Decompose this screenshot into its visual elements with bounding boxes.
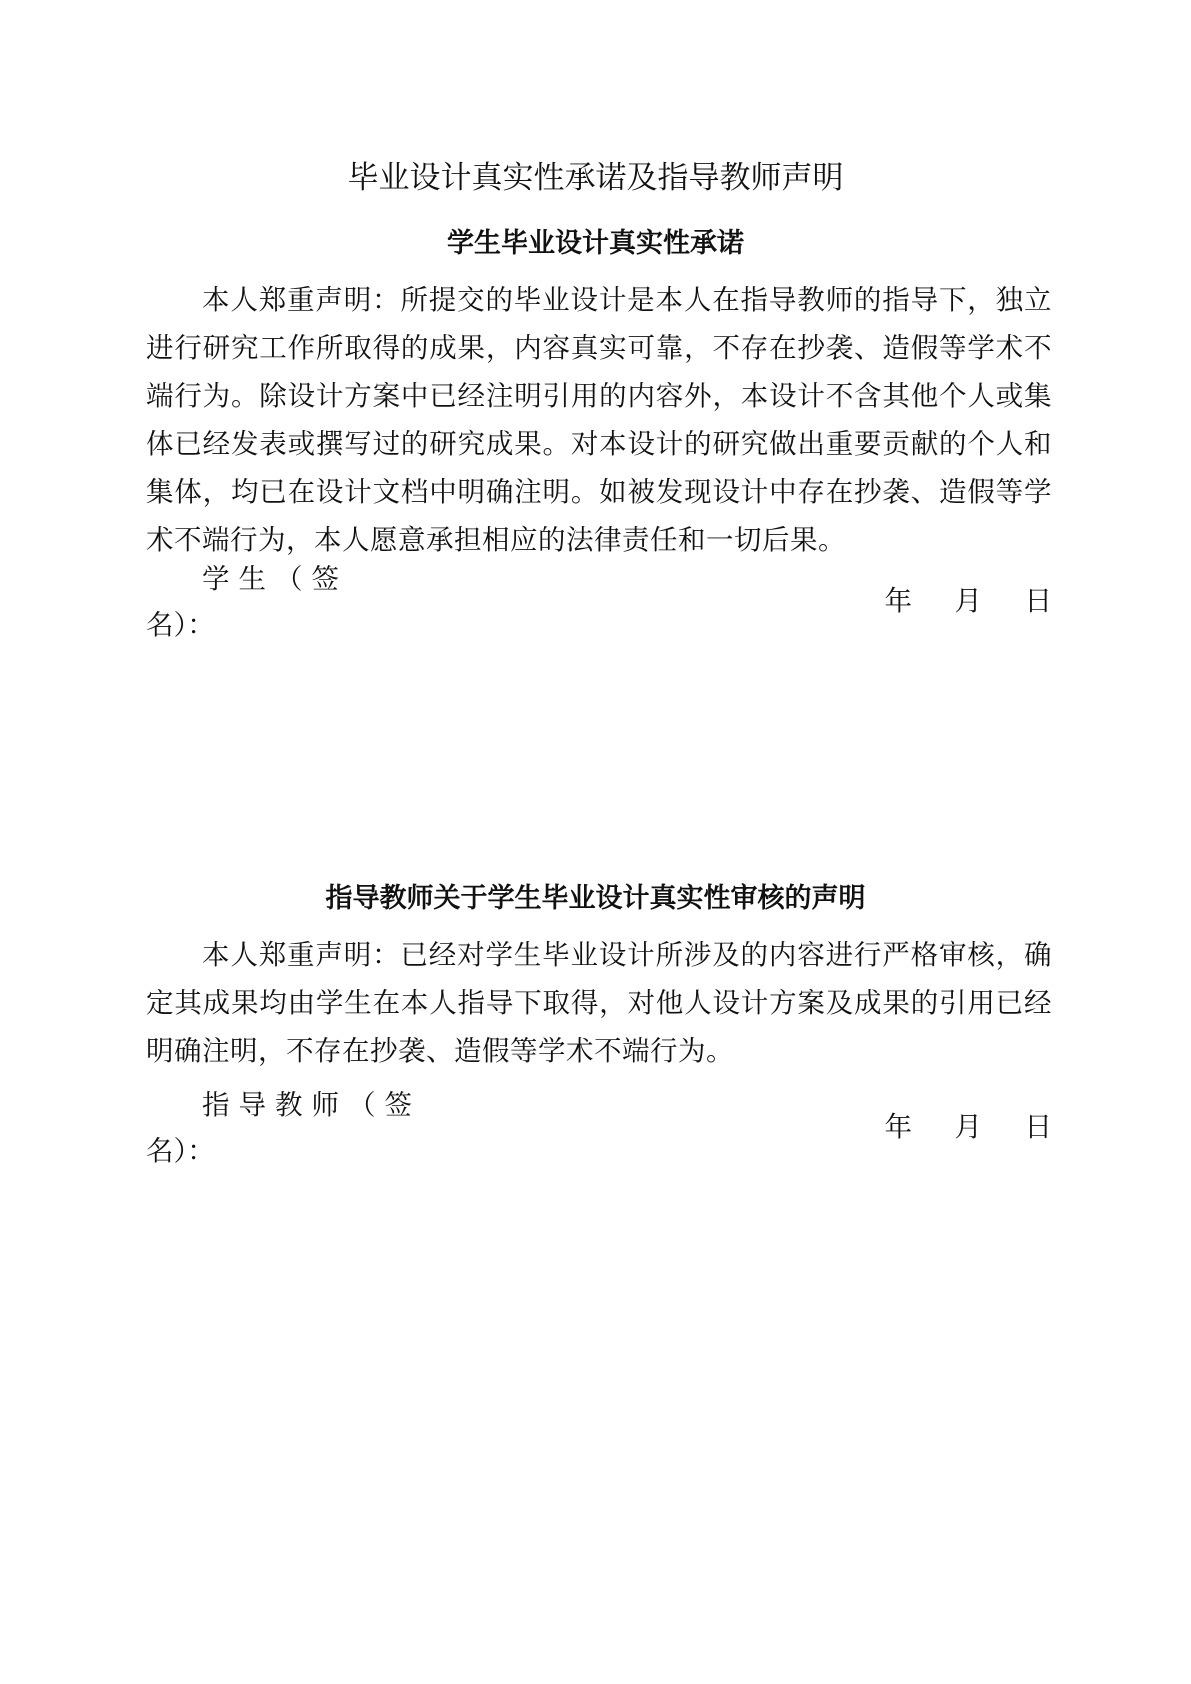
advisor-section-heading: 指导教师关于学生毕业设计真实性审核的声明 bbox=[0, 881, 1191, 917]
document-page: 毕业设计真实性承诺及指导教师声明 学生毕业设计真实性承诺 本人郑重声明：所提交的… bbox=[0, 0, 1191, 1684]
date-day: 日 bbox=[982, 578, 1052, 618]
date-month: 月 bbox=[912, 1104, 982, 1144]
student-signature-label: 学生（签 名）： bbox=[146, 556, 386, 648]
date-year: 年 bbox=[842, 578, 912, 618]
signature-label-line2: 名）： bbox=[146, 1128, 446, 1174]
date-month: 月 bbox=[912, 578, 982, 618]
student-section-heading: 学生毕业设计真实性承诺 bbox=[0, 226, 1191, 262]
advisor-signature-date: 年 月 日 bbox=[842, 1104, 1052, 1144]
student-declaration-text: 本人郑重声明：所提交的毕业设计是本人在指导教师的指导下，独立进行研究工作所取得的… bbox=[146, 276, 1052, 564]
advisor-signature-label: 指导教师（签 名）： bbox=[146, 1082, 446, 1174]
student-signature-date: 年 月 日 bbox=[842, 578, 1052, 618]
document-title: 毕业设计真实性承诺及指导教师声明 bbox=[0, 158, 1191, 198]
date-year: 年 bbox=[842, 1104, 912, 1144]
signature-label-line1: 指导教师（签 bbox=[146, 1082, 446, 1128]
signature-label-line1: 学生（签 bbox=[146, 556, 386, 602]
student-signature-row: 学生（签 名）： 年 月 日 bbox=[146, 556, 1052, 656]
advisor-declaration-text: 本人郑重声明：已经对学生毕业设计所涉及的内容进行严格审核，确定其成果均由学生在本… bbox=[146, 931, 1052, 1075]
date-day: 日 bbox=[982, 1104, 1052, 1144]
signature-label-line2: 名）： bbox=[146, 602, 386, 648]
advisor-signature-row: 指导教师（签 名）： 年 月 日 bbox=[146, 1082, 1052, 1182]
